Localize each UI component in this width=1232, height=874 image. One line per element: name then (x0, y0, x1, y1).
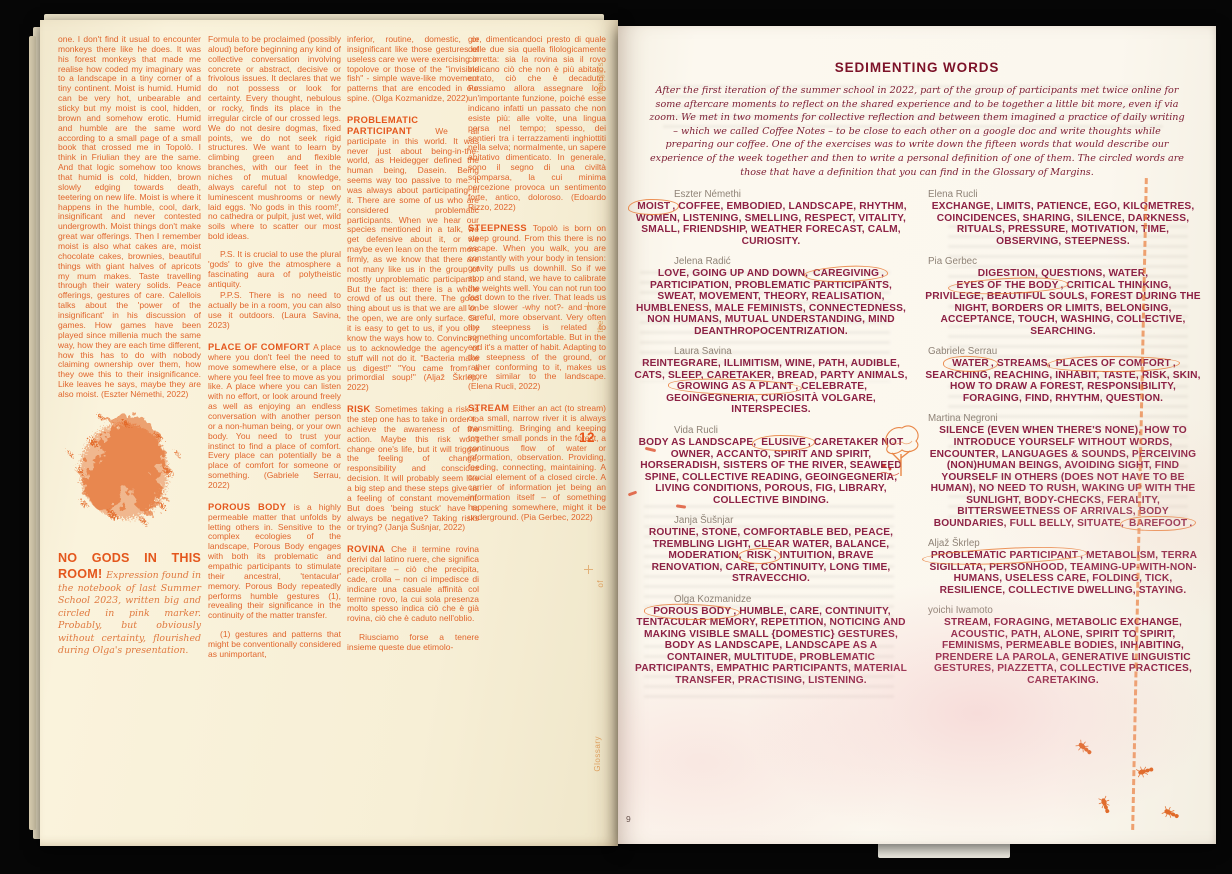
glossary-entry: PLACE OF COMFORT A place where you don't… (208, 342, 341, 491)
word-list: PROBLEMATIC PARTICIPANT, METABOLISM, TER… (920, 550, 1206, 596)
glossary-paragraph: one. I don't find it usual to encounter … (58, 35, 201, 400)
author-name: Laura Savina (674, 346, 914, 357)
author-name: Gabriele Serrau (928, 346, 1206, 357)
glossary-paragraph: Formula to be proclaimed (possibly aloud… (208, 35, 341, 242)
page-number-left: 12 (579, 430, 595, 445)
ants-doodle (1046, 724, 1206, 834)
author-name: Jelena Radić (674, 256, 914, 267)
word-list: BODY AS LANDSCAPE, ELUSIVE, CARETAKER NO… (628, 437, 914, 506)
author-name: Olga Kozmanidze (674, 594, 914, 605)
circled-word: CAREGIVING (811, 268, 881, 280)
glossary-paragraph: (1) gestures and patterns that might be … (208, 630, 341, 660)
glossary-column-4: gie, dimenticandoci presto di quale dell… (468, 35, 606, 531)
word-list-entry: Eszter NémethiMOIST, COFFEE, EMBODIED, L… (628, 189, 914, 247)
glossary-entry: ROVINA Che il termine rovina derivi dal … (347, 544, 479, 624)
margin-label-glossary: Glossary (593, 736, 602, 772)
word-list: SILENCE (EVEN WHEN THERE'S NONE), HOW TO… (920, 425, 1206, 529)
word-list-entry: yoichi IwamotoSTREAM, FORAGING, METABOLI… (920, 605, 1206, 686)
circled-word: WATER (950, 358, 991, 370)
word-list-column-right: Elena RucliEXCHANGE, LIMITS, PATIENCE, E… (920, 189, 1206, 695)
page-stack-edge (29, 36, 36, 830)
intro-paragraph: After the first iteration of the summer … (648, 84, 1186, 179)
circled-word: ELUSIVE (759, 437, 808, 449)
word-list-entry: Pia GerbecDIGESTION, QUESTIONS, WATER, E… (920, 256, 1206, 337)
circled-word: BAREFOOT (1127, 518, 1189, 530)
circled-word: GROWING AS A PLANT (675, 381, 795, 393)
glossary-entry: POROUS BODY is a highly permeable matter… (208, 502, 341, 621)
glossary-paragraph: P.S. It is crucial to use the plural 'go… (208, 250, 341, 289)
glossary-paragraph: P.P.S. There is no need to actually be i… (208, 291, 341, 330)
glossary-term: RISK (347, 404, 375, 414)
glossary-column-1: one. I don't find it usual to encounter … (58, 35, 201, 665)
circled-word: EYES OF THE BODY (955, 280, 1061, 292)
page-number-right: 9 (626, 814, 631, 824)
glossary-entry: PROBLEMATIC PARTICIPANT We all participa… (347, 115, 479, 393)
margin-label-of: of (596, 580, 605, 588)
word-list-column-left: Eszter NémethiMOIST, COFFEE, EMBODIED, L… (628, 189, 914, 695)
glossary-term: PLACE OF COMFORT (208, 342, 313, 352)
author-name: Aljaž Škrlep (928, 538, 1206, 549)
margin-label-the: the (596, 320, 605, 333)
margin-label-margins: Margins (596, 62, 605, 94)
glossary-term: STREAM (468, 403, 513, 413)
glossary-term: PROBLEMATIC PARTICIPANT (347, 115, 435, 136)
author-name: Elena Rucli (928, 189, 1206, 200)
registration-mark (584, 302, 593, 311)
glossary-column-3: inferior, routine, domestic, or insignif… (347, 35, 479, 655)
word-list-entry: Elena RucliEXCHANGE, LIMITS, PATIENCE, E… (920, 189, 1206, 247)
word-list: MOIST, COFFEE, EMBODIED, LANDSCAPE, RHYT… (628, 201, 914, 247)
word-list: EXCHANGE, LIMITS, PATIENCE, EGO, KILOMET… (920, 201, 1206, 247)
glossary-paragraph: Riusciamo forse a tenere insieme queste … (347, 633, 479, 653)
word-list: REINTEGRARE, ILLIMITISM, WINE, PATH, AUD… (628, 358, 914, 416)
left-page-glossary: one. I don't find it usual to encounter … (40, 20, 618, 846)
glossary-column-2: Formula to be proclaimed (possibly aloud… (208, 35, 341, 662)
word-list-entry: Jelena RadićLOVE, GOING UP AND DOWN, CAR… (628, 256, 914, 337)
word-list: WATER, STREAMS, PLACES OF COMFORT, SEARC… (920, 358, 1206, 404)
glossary-term: ROVINA (347, 544, 391, 554)
glossary-term: NO GODS IN THIS ROOM! (58, 551, 201, 582)
glossary-term: POROUS BODY (208, 502, 294, 512)
word-list: DIGESTION, QUESTIONS, WATER, EYES OF THE… (920, 268, 1206, 337)
ink-splatter (52, 408, 201, 536)
book-spread: one. I don't find it usual to encounter … (0, 0, 1232, 874)
word-list-entry: Aljaž ŠkrlepPROBLEMATIC PARTICIPANT, MET… (920, 538, 1206, 596)
glossary-term: STEEPNESS (468, 223, 533, 233)
word-list-entry: Gabriele SerrauWATER, STREAMS, PLACES OF… (920, 346, 1206, 404)
tree-doodle (876, 418, 928, 480)
page-title: SEDIMENTING WORDS (618, 60, 1216, 75)
right-page-sedimenting-words: SEDIMENTING WORDS After the first iterat… (618, 26, 1216, 844)
word-list-entry: Janja ŠušnjarROUTINE, STONE, COMFORTABLE… (628, 515, 914, 585)
registration-mark (584, 565, 593, 574)
word-list: ROUTINE, STONE, COMFORTABLE BED, PEACE, … (628, 527, 914, 585)
circled-word: PROBLEMATIC PARTICIPANT (929, 550, 1080, 562)
word-list: LOVE, GOING UP AND DOWN, CAREGIVING, PAR… (628, 268, 914, 337)
author-name: Janja Šušnjar (674, 515, 914, 526)
glossary-entry: NO GODS IN THIS ROOM! Expression found i… (58, 550, 201, 658)
circled-word: MOIST (635, 201, 672, 213)
glossary-paragraph: inferior, routine, domestic, or insignif… (347, 35, 479, 104)
author-name: yoichi Iwamoto (928, 605, 1206, 616)
word-list: POROUS BODY, HUMBLE, CARE, CONTINUITY, T… (628, 606, 914, 687)
glossary-entry: STREAM Either an act (to stream) or a sm… (468, 403, 606, 522)
circled-word: PLACES OF COMFORT (1054, 358, 1173, 370)
word-list-entry: Martina NegroniSILENCE (EVEN WHEN THERE'… (920, 413, 1206, 529)
glossary-paragraph: gie, dimenticandoci presto di quale dell… (468, 35, 606, 212)
circled-word: RISK (745, 550, 774, 562)
word-list-entry: Laura SavinaREINTEGRARE, ILLIMITISM, WIN… (628, 346, 914, 416)
author-name: Pia Gerbec (928, 256, 1206, 267)
author-name: Eszter Némethi (674, 189, 914, 200)
word-list-entry: Olga KozmanidzePOROUS BODY, HUMBLE, CARE… (628, 594, 914, 687)
word-list-entry: Vida RucliBODY AS LANDSCAPE, ELUSIVE, CA… (628, 425, 914, 506)
circled-word: POROUS BODY (651, 606, 733, 618)
glossary-entry: RISK Sometimes taking a risk is the step… (347, 404, 479, 533)
word-list: STREAM, FORAGING, METABOLIC EXCHANGE, AC… (920, 617, 1206, 686)
author-name: Martina Negroni (928, 413, 1206, 424)
